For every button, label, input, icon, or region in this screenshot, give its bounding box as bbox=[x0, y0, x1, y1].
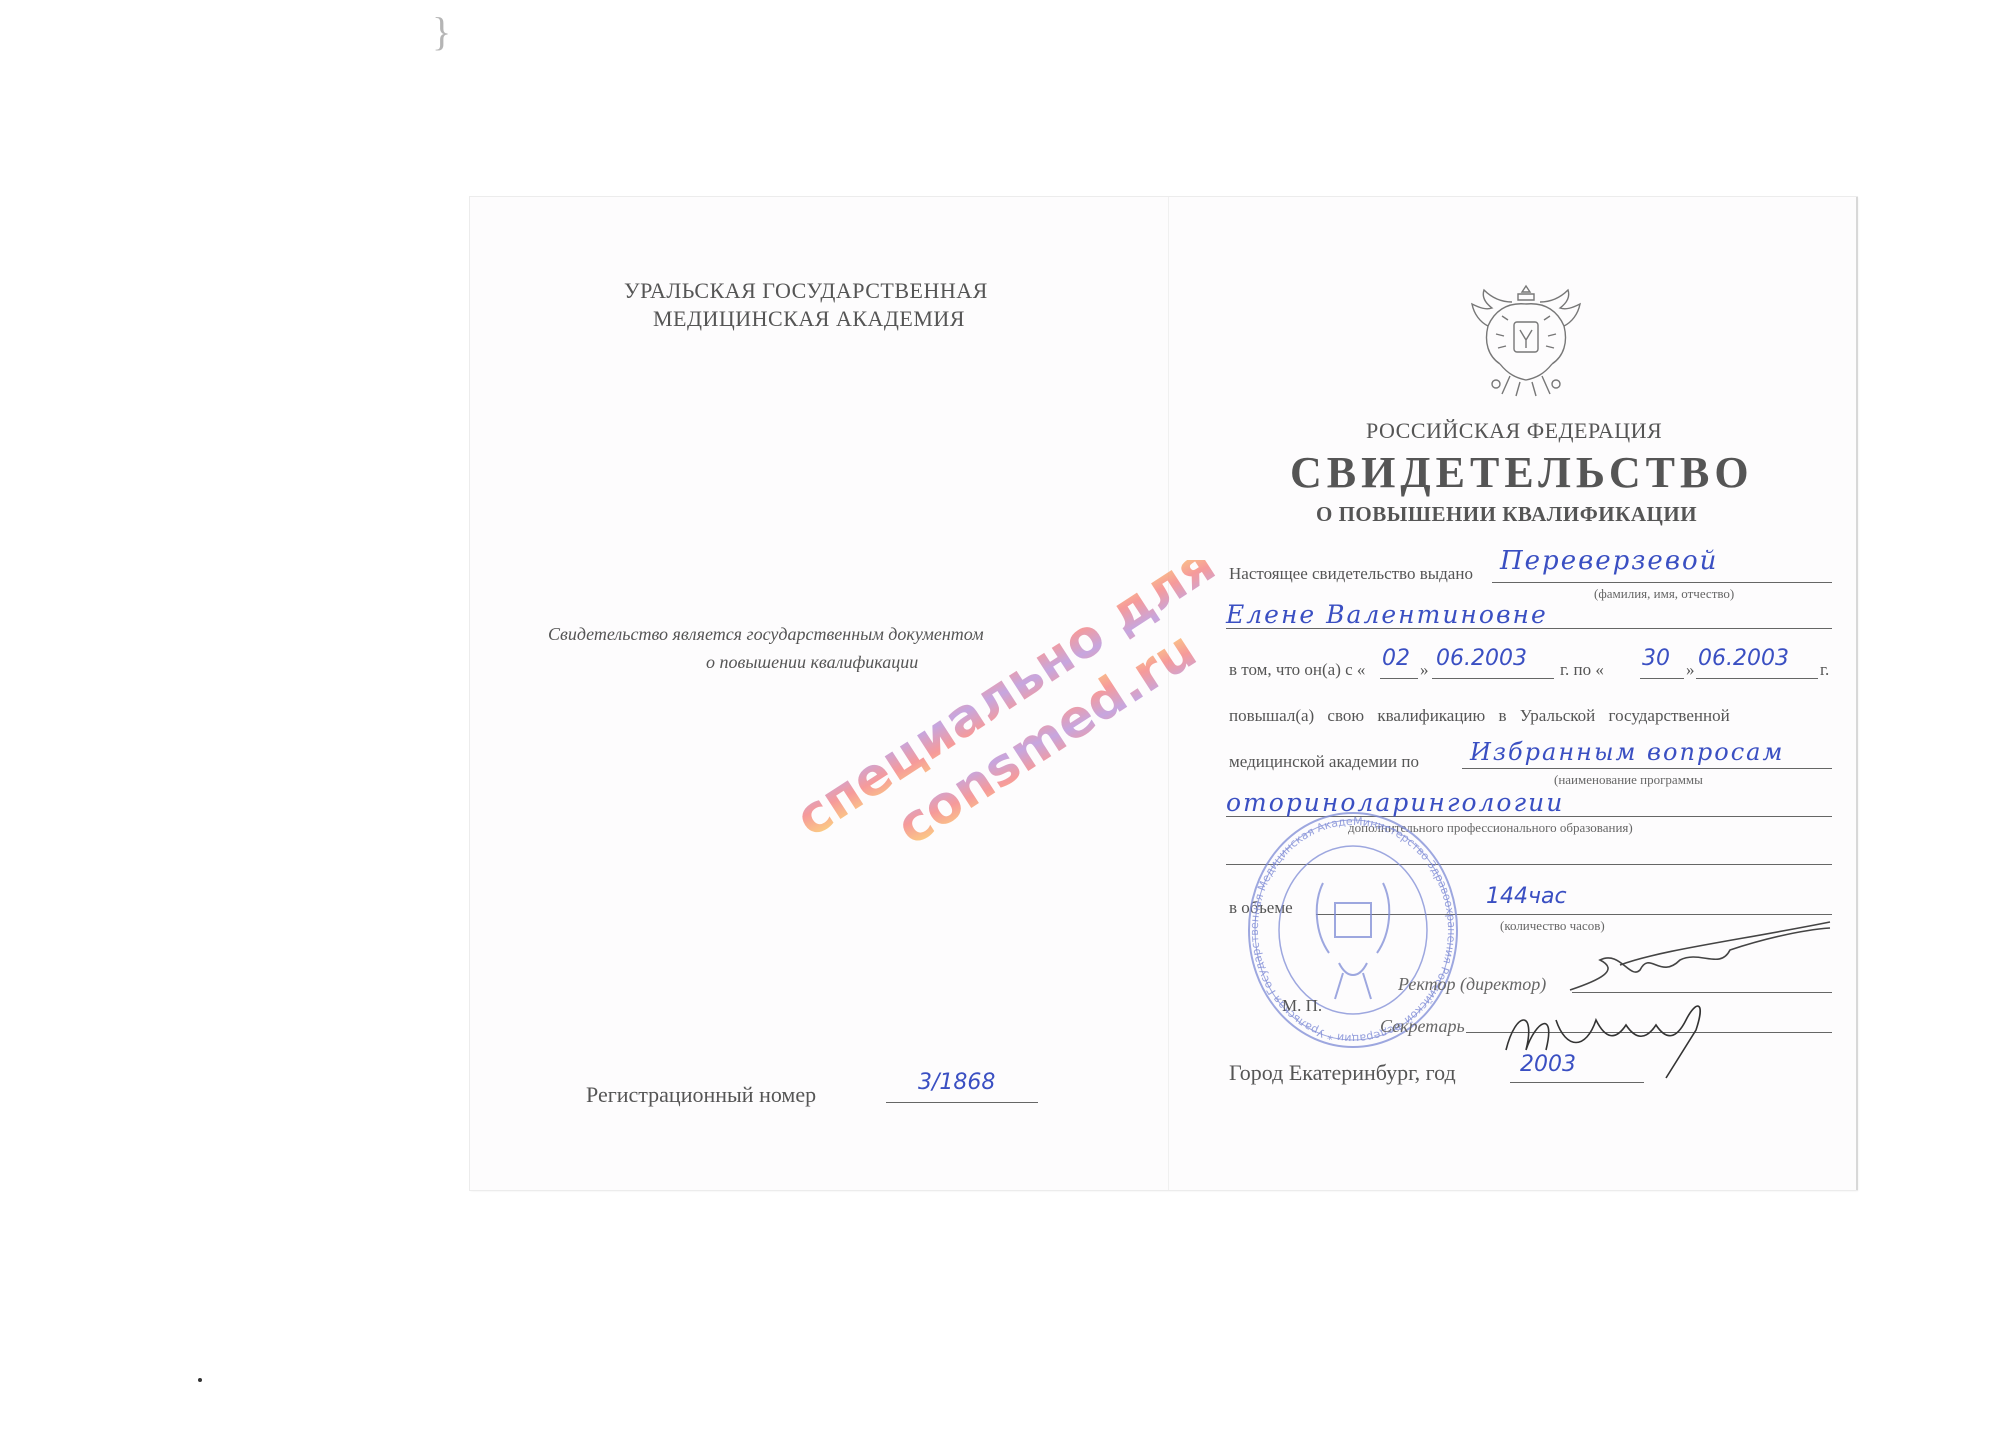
watermark: специально для consmed.ru bbox=[760, 560, 1220, 860]
start-day-underline bbox=[1380, 678, 1418, 679]
city-label: Город Екатеринбург, год bbox=[1229, 1060, 1456, 1086]
registration-number: 3/1868 bbox=[918, 1070, 995, 1095]
given-names-value: Елене Валентиновне bbox=[1226, 600, 1548, 629]
period-middle: г. по « bbox=[1560, 660, 1604, 680]
period-suffix: г. bbox=[1820, 660, 1829, 680]
academy-label: медицинской академии по bbox=[1229, 752, 1419, 772]
stamp-place-label: М. П. bbox=[1282, 996, 1322, 1016]
institution-name-line2: МЕДИЦИНСКАЯ АКАДЕМИЯ bbox=[653, 306, 965, 332]
secretary-label: Секретарь bbox=[1380, 1016, 1465, 1037]
year-underline bbox=[1510, 1082, 1644, 1083]
certificate-title: СВИДЕТЕЛЬСТВО bbox=[1290, 447, 1754, 498]
period-prefix: в том, что он(а) с « bbox=[1229, 660, 1365, 680]
institution-name-line1: УРАЛЬСКАЯ ГОСУДАРСТВЕННАЯ bbox=[624, 278, 988, 304]
certificate-subtitle: О ПОВЫШЕНИИ КВАЛИФИКАЦИИ bbox=[1316, 502, 1697, 527]
program-line1-value: Избранным вопросам bbox=[1470, 738, 1784, 766]
end-day-value: 30 bbox=[1642, 646, 1670, 671]
country-heading: РОССИЙСКАЯ ФЕДЕРАЦИЯ bbox=[1366, 418, 1662, 444]
svg-text:специально для: специально для bbox=[785, 560, 1220, 849]
end-date-underline bbox=[1696, 678, 1818, 679]
registration-underline bbox=[886, 1102, 1038, 1103]
scan-dot bbox=[198, 1378, 202, 1382]
end-day-underline bbox=[1640, 678, 1684, 679]
surname-underline bbox=[1492, 582, 1832, 583]
volume-value: 144час bbox=[1486, 884, 1567, 909]
qualification-text: повышал(а) свою квалификацию в Уральской… bbox=[1229, 706, 1730, 726]
surname-value: Переверзевой bbox=[1500, 546, 1718, 576]
start-day-value: 02 bbox=[1382, 646, 1410, 671]
year-value: 2003 bbox=[1520, 1052, 1576, 1077]
double-headed-eagle-icon bbox=[1466, 282, 1586, 400]
quote-close-2: » bbox=[1686, 660, 1695, 680]
registration-label: Регистрационный номер bbox=[586, 1082, 816, 1108]
issued-to-label: Настоящее свидетельство выдано bbox=[1229, 564, 1473, 584]
quote-close-1: » bbox=[1420, 660, 1429, 680]
start-date-underline bbox=[1432, 678, 1554, 679]
program-line1-underline bbox=[1462, 768, 1832, 769]
rector-signature bbox=[1560, 920, 1840, 1000]
end-month-year-value: 06.2003 bbox=[1698, 646, 1789, 671]
name-hint: (фамилия, имя, отчество) bbox=[1594, 586, 1734, 602]
scan-mark: } bbox=[432, 8, 451, 55]
start-month-year-value: 06.2003 bbox=[1436, 646, 1527, 671]
program-hint1: (наименование программы bbox=[1554, 772, 1703, 788]
document-edge bbox=[1856, 197, 1858, 1190]
